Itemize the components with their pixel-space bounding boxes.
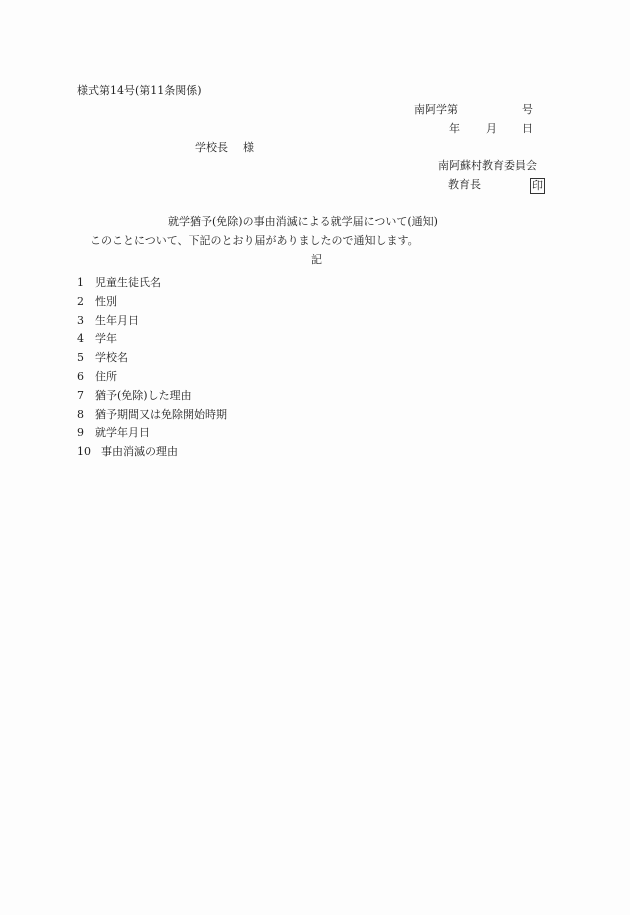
list-item: 3生年月日 (77, 312, 227, 331)
item-label: 猶予期間又は免除開始時期 (95, 408, 227, 421)
item-list: 1児童生徒氏名 2性別 3生年月日 4学年 5学校名 6住所 7猶予(免除)した… (77, 274, 227, 462)
reference-number-suffix: 号 (522, 104, 533, 115)
list-item: 4学年 (77, 330, 227, 349)
item-number: 10 (77, 443, 101, 462)
seal-icon: 印 (530, 178, 545, 194)
item-label: 事由消滅の理由 (101, 445, 178, 458)
item-number: 7 (77, 387, 95, 406)
sender-organization: 南阿蘇村教育委員会 (438, 160, 537, 171)
list-item: 7猶予(免除)した理由 (77, 387, 227, 406)
item-number: 5 (77, 349, 95, 368)
item-number: 4 (77, 330, 95, 349)
document-title: 就学猶予(免除)の事由消滅による就学届について(通知) (168, 216, 438, 227)
item-label: 就学年月日 (95, 426, 150, 439)
reference-number-prefix: 南阿学第 (414, 104, 458, 115)
date-year-label: 年 (449, 123, 460, 134)
list-item: 6住所 (77, 368, 227, 387)
item-label: 猶予(免除)した理由 (95, 389, 192, 402)
sender-title: 教育長 (448, 179, 481, 190)
date-day-label: 日 (522, 123, 533, 134)
item-label: 学校名 (95, 351, 128, 364)
item-label: 学年 (95, 332, 117, 345)
form-label: 様式第14号(第11条関係) (77, 85, 202, 96)
list-item: 10事由消滅の理由 (77, 443, 227, 462)
item-label: 児童生徒氏名 (95, 276, 161, 289)
list-item: 8猶予期間又は免除開始時期 (77, 406, 227, 425)
item-label: 性別 (95, 295, 117, 308)
date-month-label: 月 (486, 123, 497, 134)
seal-mark: 印 (530, 178, 545, 194)
document-page: 様式第14号(第11条関係) 南阿学第 号 年 月 日 学校長 様 南阿蘇村教育… (0, 0, 630, 915)
document-body: このことについて、下記のとおり届がありましたので通知します。 (90, 235, 419, 246)
ki-heading: 記 (311, 254, 322, 265)
list-item: 5学校名 (77, 349, 227, 368)
list-item: 9就学年月日 (77, 424, 227, 443)
list-item: 1児童生徒氏名 (77, 274, 227, 293)
item-number: 2 (77, 293, 95, 312)
item-label: 生年月日 (95, 314, 139, 327)
addressee-title: 学校長 (195, 142, 228, 153)
item-number: 3 (77, 312, 95, 331)
item-number: 6 (77, 368, 95, 387)
item-number: 1 (77, 274, 95, 293)
item-number: 8 (77, 406, 95, 425)
item-number: 9 (77, 424, 95, 443)
addressee-honorific: 様 (243, 142, 254, 153)
list-item: 2性別 (77, 293, 227, 312)
item-label: 住所 (95, 370, 117, 383)
